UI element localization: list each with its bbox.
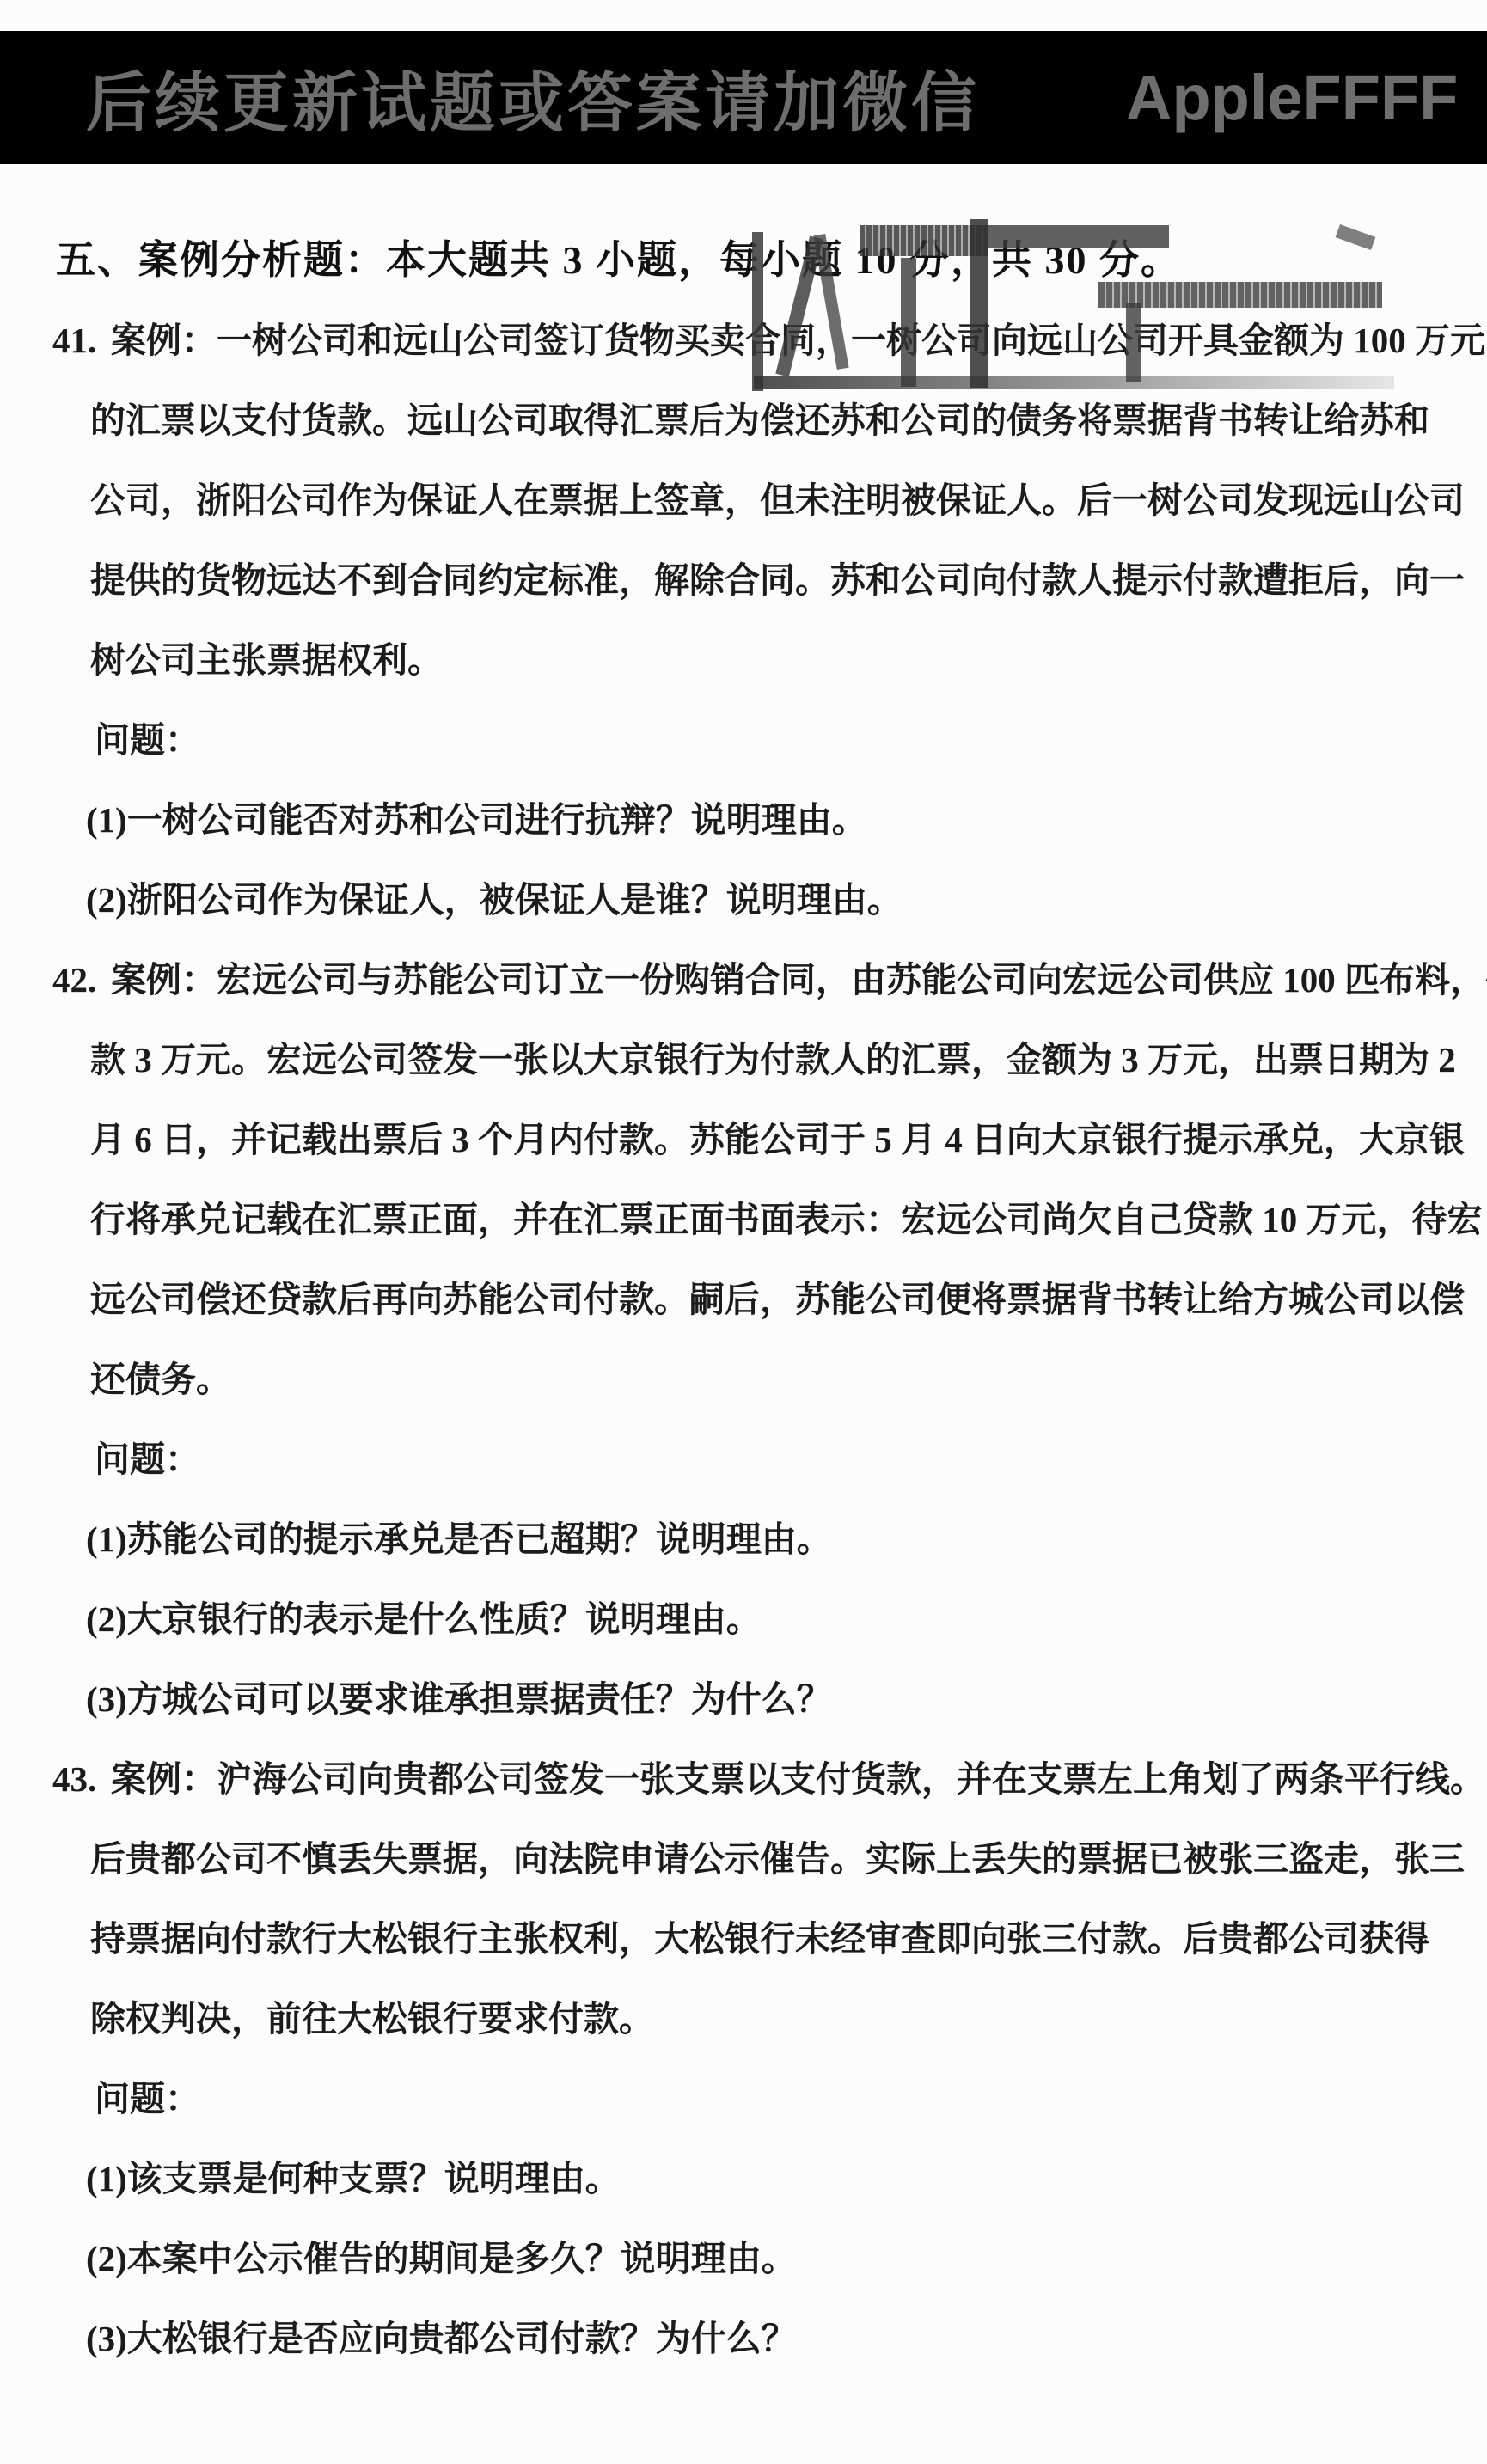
question-43-subquestion-3: (3)大松银行是否应向贵都公司付款？为什么？ [86, 2314, 797, 2394]
question-41-subquestion-1: (1)一树公司能否对苏和公司进行抗辩？说明理由。 [86, 796, 867, 876]
question-41-line-5: 树公司主张票据权利。 [90, 636, 443, 716]
question-41-line-3: 公司，浙阳公司作为保证人在票据上签章，但未注明被保证人。后一树公司发现远山公司 [90, 476, 1465, 556]
question-42-case-text: 案例：宏远公司与苏能公司订立一份购销合同，由苏能公司向宏远公司供应 100 匹布… [111, 956, 1487, 1004]
banner-notice-text: 后续更新试题或答案请加微信 [86, 51, 980, 144]
question-43-line-4: 除权判决，前往大松银行要求付款。 [90, 1995, 654, 2075]
question-41-line-4: 提供的货物远达不到合同约定标准，解除合同。苏和公司向付款人提示付款遭拒后，向一 [90, 556, 1465, 636]
question-43-line-3: 持票据向付款行大松银行主张权利，大松银行未经审查即向张三付款。后贵都公司获得 [90, 1915, 1429, 1995]
question-42-subquestion-1: (1)苏能公司的提示承兑是否已超期？说明理由。 [86, 1515, 832, 1595]
question-42-line-2: 款 3 万元。宏远公司签发一张以大京银行为付款人的汇票，金额为 3 万元，出票日… [90, 1036, 1456, 1116]
question-43-case-text: 案例：沪海公司向贵都公司签发一张支票以支付货款，并在支票左上角划了两条平行线。 [111, 1755, 1485, 1803]
section-heading: 五、案例分析题：本大题共 3 小题，每小题 10 分，共 30 分。 [56, 236, 1182, 316]
question-43-subquestion-2: (2)本案中公示催告的期间是多久？说明理由。 [86, 2235, 797, 2314]
question-41-prompt-label: 问题： [95, 716, 200, 796]
question-42-subquestion-3: (3)方城公司可以要求谁承担票据责任？为什么？ [86, 1675, 832, 1755]
stamp-tick-mark [1336, 224, 1376, 250]
question-42-prompt-label: 问题： [95, 1435, 200, 1515]
question-42-number: 42. [52, 956, 96, 1004]
question-43-line-2: 后贵都公司不慎丢失票据，向法院申请公示催告。实际上丢失的票据已被张三盗走，张三 [90, 1835, 1465, 1915]
question-41-line-2: 的汇票以支付货款。远山公司取得汇票后为偿还苏和公司的债务将票据背书转让给苏和 [90, 396, 1429, 476]
question-41-line-1: 41. 案例：一树公司和远山公司签订货物买卖合同，一树公司向远山公司开具金额为 … [90, 316, 1485, 396]
question-43-subquestion-1: (1)该支票是何种支票？说明理由。 [86, 2155, 621, 2235]
question-41-number: 41. [52, 316, 96, 364]
question-41-subquestion-2: (2)浙阳公司作为保证人，被保证人是谁？说明理由。 [86, 876, 903, 956]
question-43-prompt-label: 问题： [95, 2075, 200, 2155]
question-42-line-5: 远公司偿还贷款后再向苏能公司付款。嗣后，苏能公司便将票据背书转让给方城公司以偿 [90, 1275, 1465, 1355]
question-42-line-4: 行将承兑记载在汇票正面，并在汇票正面书面表示：宏远公司尚欠自己贷款 10 万元，… [90, 1195, 1483, 1275]
question-42-line-1: 42. 案例：宏远公司与苏能公司订立一份购销合同，由苏能公司向宏远公司供应 10… [90, 956, 1487, 1036]
header-banner: 后续更新试题或答案请加微信 AppleFFFF [0, 31, 1487, 164]
question-41-case-text: 案例：一树公司和远山公司签订货物买卖合同，一树公司向远山公司开具金额为 100 … [111, 316, 1485, 364]
banner-wechat-handle: AppleFFFF [1126, 61, 1458, 134]
question-42-subquestion-2: (2)大京银行的表示是什么性质？说明理由。 [86, 1595, 762, 1675]
question-43-number: 43. [52, 1755, 96, 1803]
question-43-line-1: 43. 案例：沪海公司向贵都公司签发一张支票以支付货款，并在支票左上角划了两条平… [90, 1755, 1485, 1835]
question-42-line-6: 还债务。 [90, 1355, 231, 1435]
question-42-line-3: 月 6 日，并记载出票后 3 个月内付款。苏能公司于 5 月 4 日向大京银行提… [90, 1116, 1465, 1195]
